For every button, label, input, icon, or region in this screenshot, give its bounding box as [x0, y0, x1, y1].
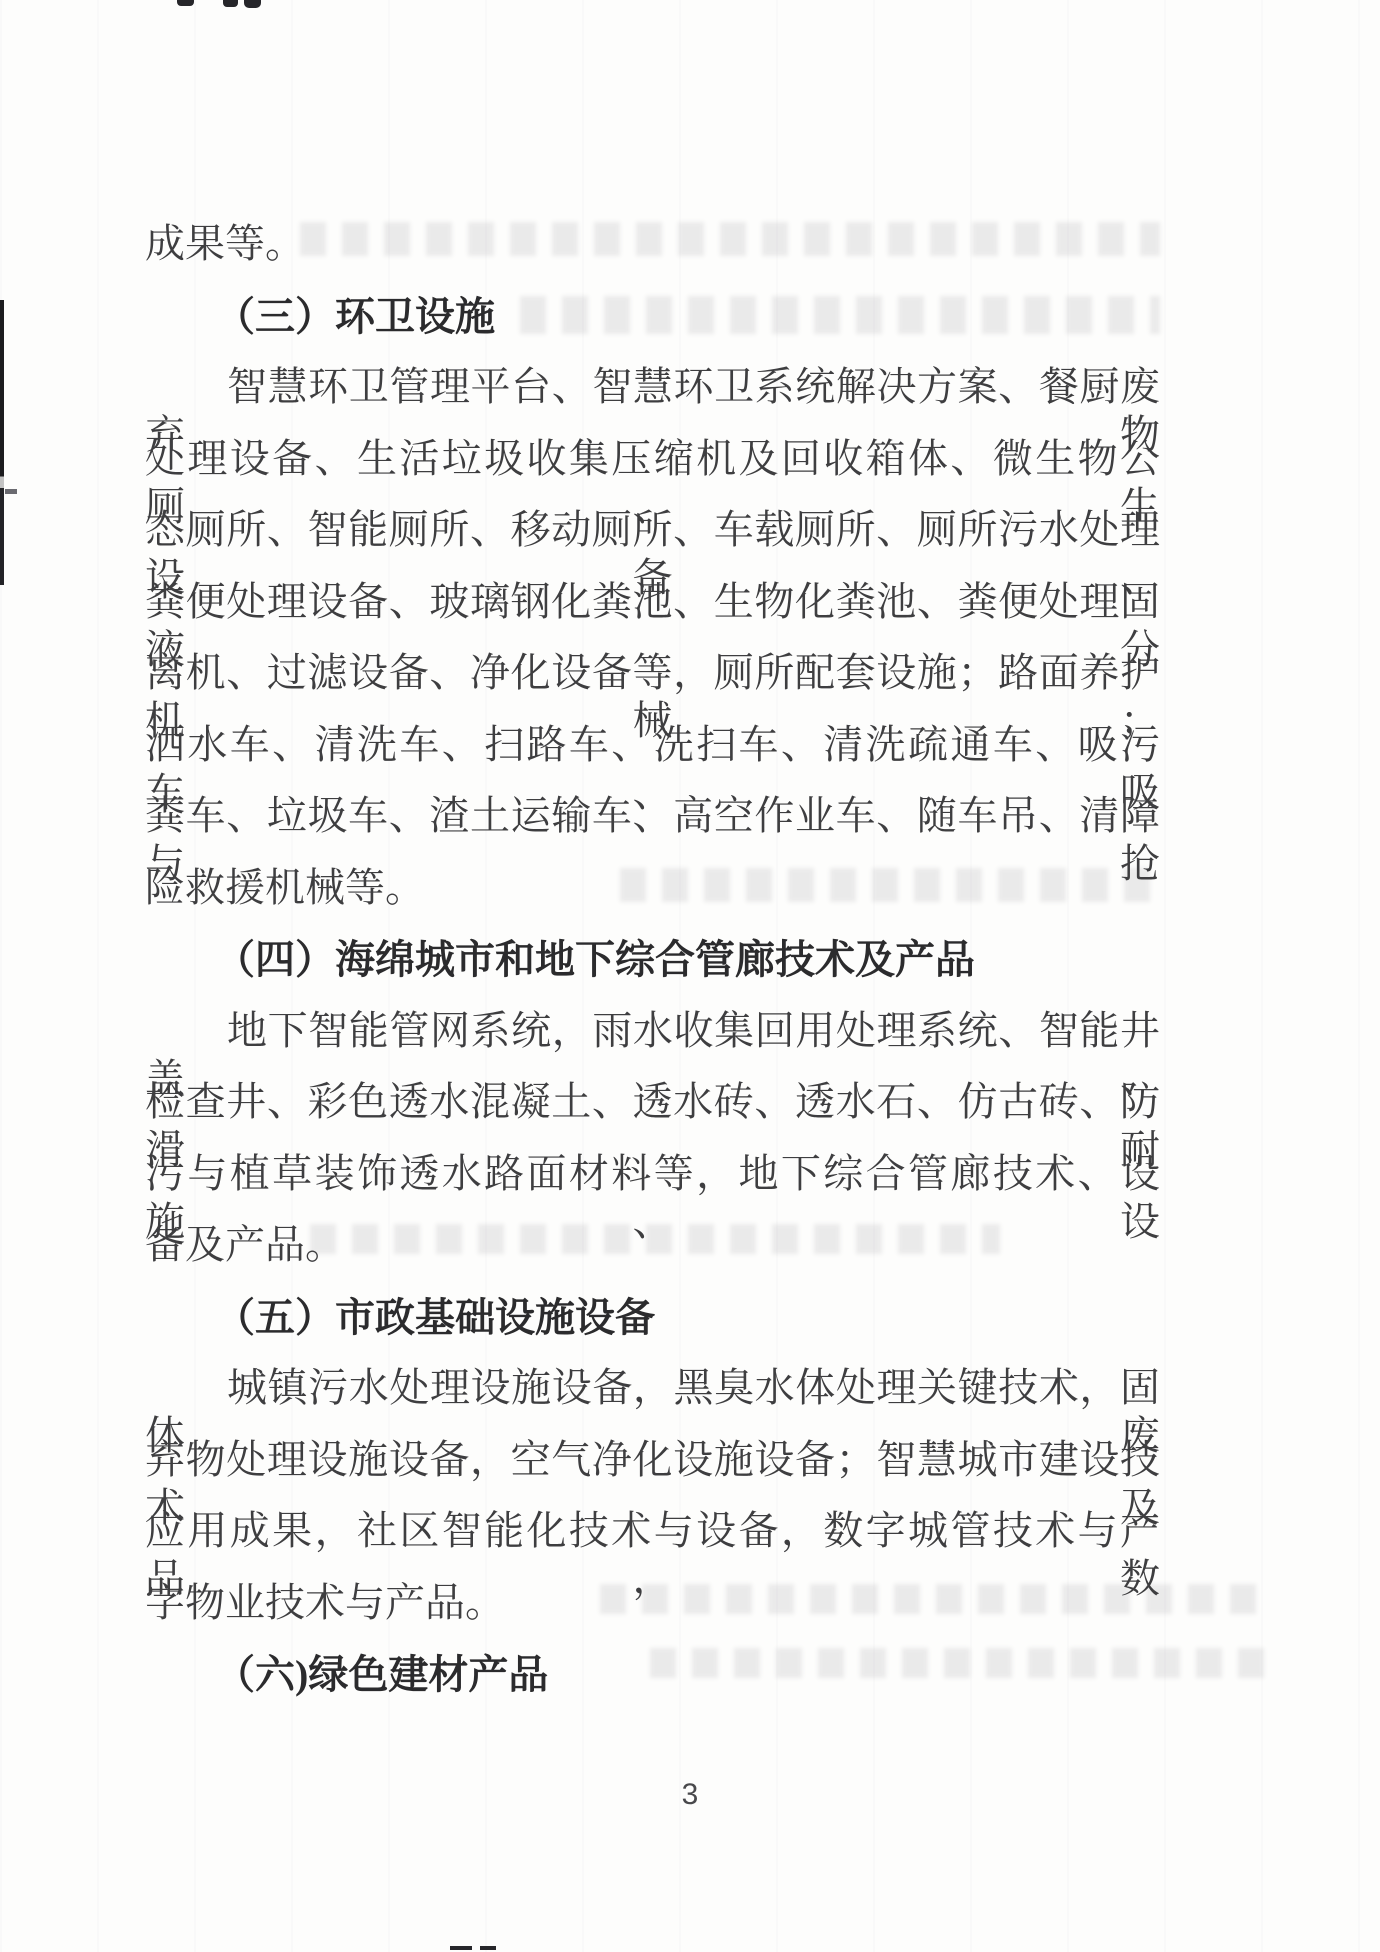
paragraph-line: 成果等。 — [145, 220, 1160, 270]
scan-artifact — [177, 0, 194, 6]
paragraph-line: 处理设备、生活垃圾收集压缩机及回收箱体、微生物公厕、生 — [145, 435, 1160, 485]
page-number: 3 — [0, 1778, 1380, 1812]
paragraph-line: 离机、过滤设备、净化设备等，厕所配套设施；路面养护机械； — [145, 649, 1160, 699]
paragraph-line: 地下智能管网系统，雨水收集回用处理系统、智能井盖、 — [145, 1007, 1160, 1057]
section-heading-6: （六)绿色建材产品 — [215, 1650, 1160, 1702]
paragraph-line: 应用成果，社区智能化技术与设备，数字城管技术与产品，数 — [145, 1507, 1160, 1557]
paragraph-line: 险救援机械等。 — [145, 864, 1160, 914]
scan-artifact — [5, 489, 17, 494]
paragraph-line: 字物业技术与产品。 — [145, 1579, 1160, 1629]
scan-artifact — [450, 1946, 472, 1950]
scan-artifact — [480, 1946, 496, 1950]
paragraph-line: 智慧环卫管理平台、智慧环卫系统解决方案、餐厨废弃物 — [145, 363, 1160, 413]
scan-artifact — [244, 0, 261, 8]
section-heading-3: （三）环卫设施 — [215, 292, 1160, 344]
paragraph-line: 洒水车、清洗车、扫路车、洗扫车、清洗疏通车、吸污车、吸 — [145, 721, 1160, 771]
scanned-document-page: 成果等。 （三）环卫设施 智慧环卫管理平台、智慧环卫系统解决方案、餐厨废弃物 处… — [0, 0, 1380, 1952]
paragraph-line: 粪便处理设备、玻璃钢化粪池、生物化粪池、粪便处理固液分 — [145, 578, 1160, 628]
paragraph-line: 城镇污水处理设施设备，黑臭水体处理关键技术，固体废 — [145, 1364, 1160, 1414]
scan-artifact — [223, 0, 238, 7]
paragraph-line: 态厕所、智能厕所、移动厕所、车载厕所、厕所污水处理设备、 — [145, 506, 1160, 556]
scan-artifact — [0, 300, 4, 585]
section-heading-4: （四）海绵城市和地下综合管廊技术及产品 — [215, 935, 1160, 987]
paragraph-line: 粪车、垃圾车、渣土运输车、高空作业车、随车吊、清障与抢 — [145, 792, 1160, 842]
paragraph-line: 污与植草装饰透水路面材料等，地下综合管廊技术、设施、设 — [145, 1150, 1160, 1200]
paragraph-line: 弃物处理设施设备，空气净化设施设备；智慧城市建设技术及 — [145, 1436, 1160, 1486]
section-heading-5: （五）市政基础设施设备 — [215, 1293, 1160, 1345]
paragraph-line: 备及产品。 — [145, 1221, 1160, 1271]
paragraph-line: 检查井、彩色透水混凝土、透水砖、透水石、仿古砖、防滑耐 — [145, 1078, 1160, 1128]
